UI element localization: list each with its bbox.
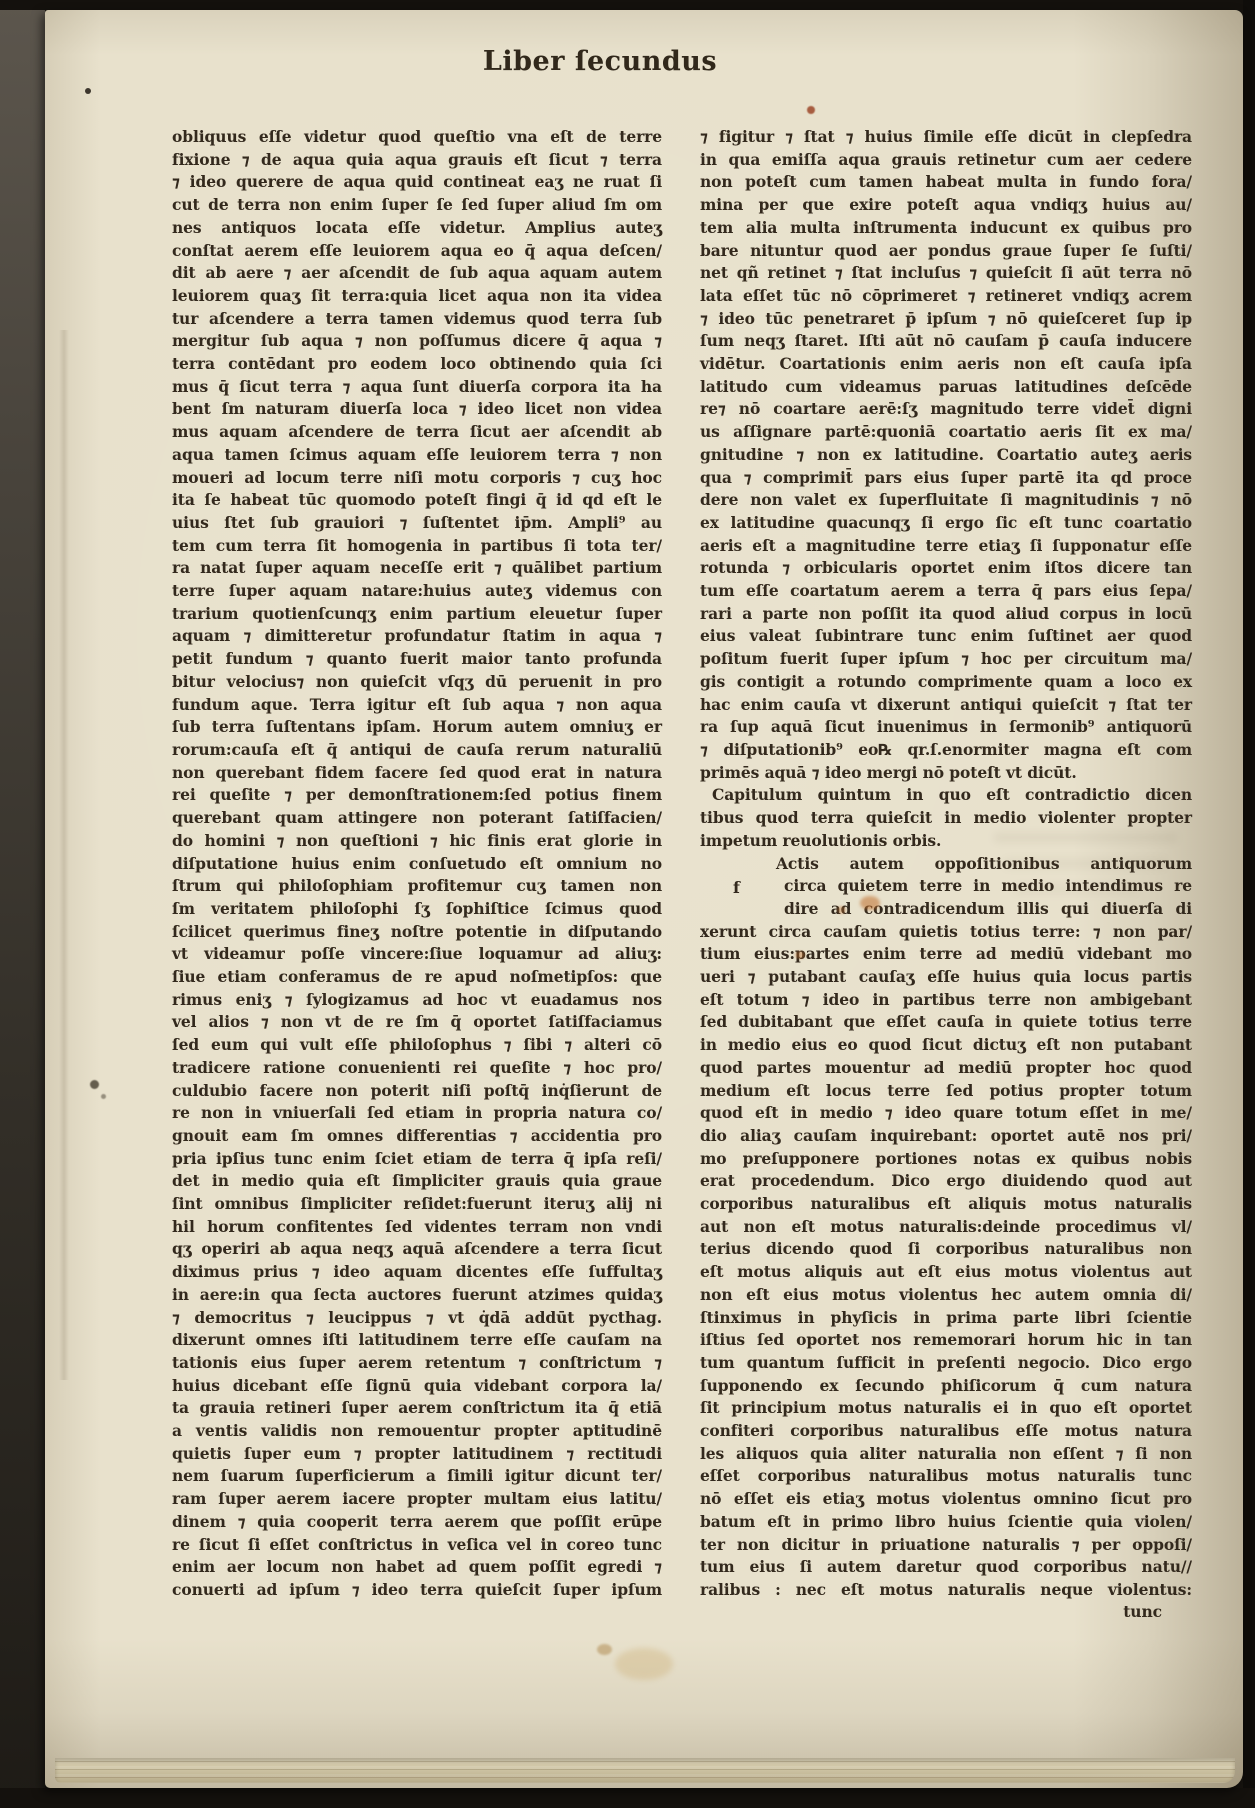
paper-crease — [59, 330, 69, 1380]
showthrough-smudge — [1013, 884, 1138, 895]
text-line: batum eſt in primo libro huius ſcientie … — [700, 1511, 1192, 1534]
text-line: xerunt circa cauſam quietis totius terre… — [700, 921, 1192, 944]
text-line: iſtius ſed oportet nos rememorari horum … — [700, 1329, 1192, 1352]
orange-stain — [795, 951, 805, 959]
text-line: ſed eum qui vult eſſe philoſophus ⁊ ſibi… — [172, 1034, 662, 1057]
text-line: mus q̄ ſicut terra ⁊ aqua ſunt diuerſa c… — [172, 376, 662, 399]
text-line: aeris eſt a magnitudine terre etiaʒ ſi ſ… — [700, 535, 1192, 558]
text-line: in qua emiſſa aqua grauis retinetur cum … — [700, 149, 1192, 172]
text-line: ſtinximus in phyſicis in prima parte lib… — [700, 1307, 1192, 1330]
dark-speck — [101, 1094, 106, 1099]
drop-cap-guide-letter: f — [733, 877, 740, 899]
text-line: ſupponendo ex ſecundo phiſicorum q̄ cum … — [700, 1375, 1192, 1398]
text-line: re⁊ nō coartare aerē:ſʒ magnitudo terre … — [700, 398, 1192, 421]
text-line: ſm veritatem philoſophi ſʒ ſophiſtice ſc… — [172, 898, 662, 921]
text-line: aut non eſt motus naturalis:deinde proce… — [700, 1216, 1192, 1239]
text-line: mergitur ſub aqua ⁊ non poſſumus dicere … — [172, 330, 662, 353]
text-line: bitur velocius⁊ non quieſcit vſqʒ dū per… — [172, 671, 662, 694]
text-line: terra contēdant pro eodem loco obtinendo… — [172, 353, 662, 376]
text-line: mus aquam aſcendere de terra ſicut aer a… — [172, 421, 662, 444]
text-line: ram ſuper aerem iacere propter multam ei… — [172, 1488, 662, 1511]
scanner-background-right — [1243, 0, 1255, 1808]
text-line: ⁊ figitur ⁊ ſtat ⁊ huius ſimile eſſe dic… — [700, 126, 1192, 149]
text-line: non poteſt cum tamen habeat multa in fun… — [700, 171, 1192, 194]
text-line: rei queſite ⁊ per demonſtrationem:ſed po… — [172, 784, 662, 807]
text-line: eius valeat ſubintrare tunc enim ſuſtine… — [700, 625, 1192, 648]
text-line: dio aliaʒ cauſam inquirebant: oportet au… — [700, 1125, 1192, 1148]
text-line: confiteri corporibus naturalibus eſſe mo… — [700, 1420, 1192, 1443]
page-edges-stack — [55, 1758, 1235, 1783]
text-line: qʒ operiri ab aqua neqʒ aquā aſcendere a… — [172, 1238, 662, 1261]
text-line: tibus quod terra quieſcit in medio viole… — [700, 807, 1192, 830]
text-line: tum eius ſi autem daretur quod corporibu… — [700, 1556, 1192, 1579]
text-line: quod partes mouentur ad mediū propter ho… — [700, 1057, 1192, 1080]
text-line: do homini ⁊ non queſtioni ⁊ hic finis er… — [172, 830, 662, 853]
text-line: diximus prius ⁊ ideo aquam dicentes eſſe… — [172, 1261, 662, 1284]
text-line: tem cum terra ſit homogenia in partibus … — [172, 535, 662, 558]
text-line: rari a parte non poſſit ita quod aliud c… — [700, 603, 1192, 626]
text-line: gnouit eam ſm omnes differentias ⁊ accid… — [172, 1125, 662, 1148]
orange-stain — [860, 896, 880, 910]
text-line: latitudo cum videamus paruas latitudines… — [700, 376, 1192, 399]
text-line: eſſet corporibus naturalibus motus natur… — [700, 1465, 1192, 1488]
text-line: primēs aquā ⁊ ideo mergi nō poteſt vt di… — [700, 762, 1192, 785]
text-line: trarium quotienſcunqʒ enim partium eleue… — [172, 603, 662, 626]
text-line: fundum aque. Terra igitur eſt ſub aqua ⁊… — [172, 694, 662, 717]
text-line: bent ſm naturam diuerſa loca ⁊ ideo lice… — [172, 398, 662, 421]
text-line: dire ad contradicendum illis qui diuerſa… — [700, 898, 1192, 921]
text-line: nes antiquos locata eſſe videtur. Ampliu… — [172, 217, 662, 240]
page-paper: Liber ſecundus obliquus eſſe videtur quo… — [45, 10, 1243, 1788]
red-stain-dot — [807, 106, 815, 114]
text-line: gis contigit a rotundo comprimente quam … — [700, 671, 1192, 694]
text-line: gnitudine ⁊ non ex latitudine. Coartatio… — [700, 444, 1192, 467]
text-line: hac enim cauſa vt dixerunt antiqui quieſ… — [700, 694, 1192, 717]
text-line: qua ⁊ comprimit̄ pars eius ſuper partē i… — [700, 467, 1192, 490]
text-line: culdubio facere non poterit niſi poſtq̄ … — [172, 1080, 662, 1103]
scanner-background-top — [0, 0, 1255, 10]
text-line: quod eſt in medio ⁊ ideo quare totum eſſ… — [700, 1102, 1192, 1125]
text-line: moueri ad locum terre niſi motu corporis… — [172, 467, 662, 490]
text-line: eſt motus aliquis aut eſt eius motus vio… — [700, 1261, 1192, 1284]
text-line: nō eſſet eis etiaʒ motus violentus omnin… — [700, 1488, 1192, 1511]
text-line: a ventis validis non remouentur propter … — [172, 1420, 662, 1443]
orange-stain — [837, 906, 846, 914]
tan-stain — [615, 1648, 673, 1680]
showthrough-smudge — [1003, 858, 1168, 869]
text-line: medium eſt locus terre ſed potius propte… — [700, 1080, 1192, 1103]
text-line: tur aſcendere a terra tamen videmus quod… — [172, 308, 662, 331]
text-line: enim aer locum non habet ad quem poſſit … — [172, 1556, 662, 1579]
text-line: lata eſſet tūc nō cōprimeret ⁊ retineret… — [700, 285, 1192, 308]
text-line: ſit principium motus naturalis ei in quo… — [700, 1397, 1192, 1420]
text-line: dinem ⁊ quia cooperit terra aerem que po… — [172, 1511, 662, 1534]
text-line: net qñ retinet ⁊ ſtat incluſus ⁊ quieſci… — [700, 262, 1192, 285]
running-header: Liber ſecundus — [45, 46, 1155, 78]
text-line: us aſſignare partē:quoniā coartatio aeri… — [700, 421, 1192, 444]
tan-stain — [597, 1644, 612, 1655]
text-line: corporibus naturalibus eſt aliquis motus… — [700, 1193, 1192, 1216]
text-line: huius dicebant eſſe ſignū quia videbant … — [172, 1375, 662, 1398]
text-line: in medio eius eo quod ſicut dictuʒ eſt n… — [700, 1034, 1192, 1057]
text-line: conuerti ad ipſum ⁊ ideo terra quieſcit … — [172, 1579, 662, 1602]
showthrough-smudge — [993, 832, 1178, 843]
text-line: re non in vniuerſali ſed etiam in propri… — [172, 1102, 662, 1125]
text-line: ſiue etiam conferamus de re apud noſmeti… — [172, 966, 662, 989]
text-line: vel alios ⁊ non vt de re ſm q̄ oportet ſ… — [172, 1011, 662, 1034]
text-line: poſitum fuerit ſuper ipſum ⁊ hoc per cir… — [700, 648, 1192, 671]
text-line: dere non valet ex ſuperfluitate ſi magni… — [700, 489, 1192, 512]
text-line: ſtrum qui philoſophiam profitemur cuʒ ta… — [172, 875, 662, 898]
text-line: obliquus eſſe videtur quod queſtio vna e… — [172, 126, 662, 149]
text-line: ter non dicitur in priuatione naturalis … — [700, 1534, 1192, 1557]
text-line: ex latitudine quacunqʒ ſi ergo ſic eſt t… — [700, 512, 1192, 535]
text-line: tationis eius ſuper aerem retentum ⁊ con… — [172, 1352, 662, 1375]
text-line: dixerunt omnes iſti latitudinem terre eſ… — [172, 1329, 662, 1352]
scanner-background-left — [0, 0, 45, 1808]
dark-speck — [90, 1080, 99, 1089]
text-line: mina per que exire poteſt aqua vndiqʒ hu… — [700, 194, 1192, 217]
text-line: les aliquos quia aliter naturalia non eſ… — [700, 1443, 1192, 1466]
text-line: ⁊ diſputationib⁹ eo℞ qr.ſ.enormiter magn… — [700, 739, 1192, 762]
catchword: tunc — [1123, 1601, 1162, 1624]
text-line: rimus eniʒ ⁊ ſylogizamus ad hoc vt euada… — [172, 989, 662, 1012]
book-page-scan: Liber ſecundus obliquus eſſe videtur quo… — [0, 0, 1255, 1808]
text-line: tem alia multa inſtrumenta inducunt ex q… — [700, 217, 1192, 240]
text-line: terius dicendo quod ſi corporibus natura… — [700, 1238, 1192, 1261]
text-line: Capitulum quintum in quo eſt contradicti… — [700, 784, 1192, 807]
text-line: tradicere ratione conuenienti rei queſit… — [172, 1057, 662, 1080]
text-column-left: obliquus eſſe videtur quod queſtio vna e… — [172, 126, 662, 1602]
text-line: ſum neqʒ ſtaret. Iſti aūt nō cauſam p̄ c… — [700, 330, 1192, 353]
text-line: quietis ſuper eum ⁊ propter latitudinem … — [172, 1443, 662, 1466]
text-line: erat procedendum. Dico ergo diuidendo qu… — [700, 1170, 1192, 1193]
text-line: tum quantum ſufficit in preſenti negocio… — [700, 1352, 1192, 1375]
text-line: cut de terra non enim ſuper ſe ſed ſuper… — [172, 194, 662, 217]
text-line: vt videamur poſſe vincere:ſiue loquamur … — [172, 943, 662, 966]
text-line: terre ſuper aquam natare:huius auteʒ vid… — [172, 580, 662, 603]
text-line: rorum:cauſa eſt q̄ antiqui de cauſa reru… — [172, 739, 662, 762]
text-line: leuiorem quaʒ ſit terra:quia licet aqua … — [172, 285, 662, 308]
text-line: ta grauia retineri ſuper aerem conſtrict… — [172, 1397, 662, 1420]
text-line: re ſicut ſi eſſet conſtrictus in veſica … — [172, 1534, 662, 1557]
scanner-background-bottom — [0, 1788, 1255, 1808]
text-line: aquam ⁊ dimitteretur profundatur ſtatim … — [172, 625, 662, 648]
text-line: pria ipſius tunc enim ſciet etiam de ter… — [172, 1148, 662, 1171]
ink-speck — [85, 88, 91, 94]
text-line: det in medio quia eſt ſimpliciter grauis… — [172, 1170, 662, 1193]
text-line: petit fundum ⁊ quanto fuerit maior tanto… — [172, 648, 662, 671]
text-line: in aere:in qua ſecta auctores fuerunt at… — [172, 1284, 662, 1307]
text-line: bare nituntur quod aer pondus graue ſupe… — [700, 240, 1192, 263]
text-line: ⁊ ideo tūc penetraret p̄ ipſum ⁊ nō quie… — [700, 308, 1192, 331]
text-line: tum eſſe coartatum aerem a terra q̄ pars… — [700, 580, 1192, 603]
text-line: conſtat aerem eſſe leuiorem aqua eo q̄ a… — [172, 240, 662, 263]
text-line: uius ſtet ſub grauiori ⁊ ſuſtentet ip̄m.… — [172, 512, 662, 535]
text-line: mo preſupponere portiones notas ex quibu… — [700, 1148, 1192, 1171]
text-line: eſt totum ⁊ ideo in partibus terre non a… — [700, 989, 1192, 1012]
text-line: ita ſe habeat tūc quomodo poteſt fingi q… — [172, 489, 662, 512]
text-line: non querebant fidem facere ſed quod erat… — [172, 762, 662, 785]
text-line: ſub terra ſuſtentans ipſam. Horum autem … — [172, 716, 662, 739]
text-line: dit ab aere ⁊ aer aſcendit de ſub aqua a… — [172, 262, 662, 285]
text-line: ſcilicet querimus fineʒ noſtre potentie … — [172, 921, 662, 944]
text-line: non eſt eius motus violentus hec autem o… — [700, 1284, 1192, 1307]
text-line: hil horum confitentes ſed videntes terra… — [172, 1216, 662, 1239]
text-line: tium eius:partes enim terre ad mediū vid… — [700, 943, 1192, 966]
text-line: nem ſuarum ſuperficierum a ſimili igitur… — [172, 1465, 662, 1488]
text-line: diſputatione huius enim conſuetudo eſt o… — [172, 853, 662, 876]
text-line: ⁊ democritus ⁊ leucippus ⁊ vt q̇dā addūt… — [172, 1307, 662, 1330]
text-line: rotunda ⁊ orbicularis oportet enim iſtos… — [700, 557, 1192, 580]
text-line: ſint omnibus ſimpliciter reſidet:fuerunt… — [172, 1193, 662, 1216]
text-line: ſed dubitabant que eſſet cauſa in quiete… — [700, 1011, 1192, 1034]
text-line: querebant quam attingere non poterant ſa… — [172, 807, 662, 830]
text-line: aqua tamen ſcimus aquam eſſe leuiorem te… — [172, 444, 662, 467]
text-line: fixione ⁊ de aqua quia aqua grauis eſt ſ… — [172, 149, 662, 172]
text-line: ralibus : nec eſt motus naturalis neque … — [700, 1579, 1192, 1602]
text-line: ra natat ſuper aquam neceſſe erit ⁊ quāl… — [172, 557, 662, 580]
text-line: ueri ⁊ putabant cauſaʒ eſſe huius quia l… — [700, 966, 1192, 989]
text-line: ra ſup aquā ſicut inuenimus in ſermonib⁹… — [700, 716, 1192, 739]
text-line: vidētur. Coartationis enim aeris non eſt… — [700, 353, 1192, 376]
text-line: ⁊ ideo querere de aqua quid contineat ea… — [172, 171, 662, 194]
